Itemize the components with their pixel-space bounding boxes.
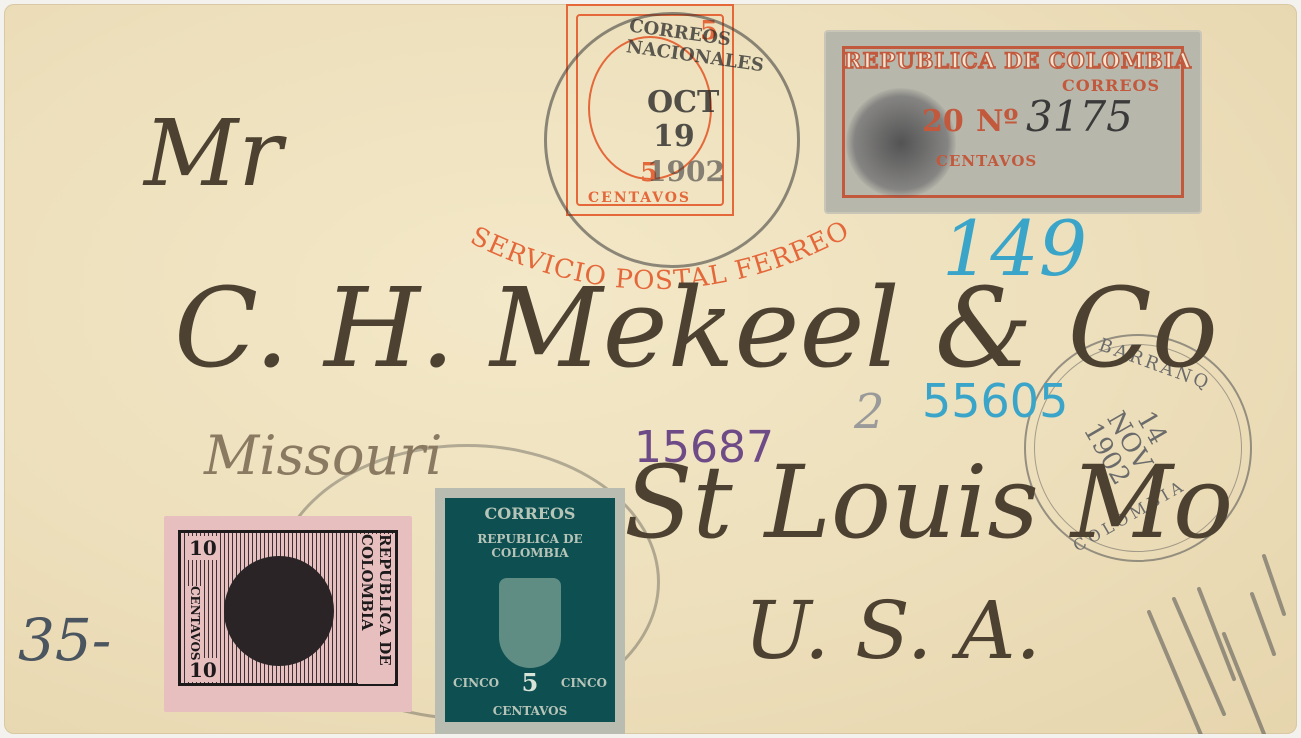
stamp-side-text: REPUBLICA DE COLOMBIA	[358, 534, 394, 684]
address-country: U. S. A.	[744, 584, 1041, 677]
registration-stamp: REPUBLICA DE COLOMBIA CORREOS 20 Nº 3175…	[826, 32, 1200, 212]
stamp-value-top: 10	[186, 536, 220, 560]
stamp-value: 5	[515, 668, 545, 698]
registration-number: 3175	[1026, 92, 1133, 141]
eagle-shield-icon	[499, 578, 561, 668]
purple-stamp-number: 15687	[634, 422, 774, 473]
blue-pencil-number: 149	[942, 204, 1087, 293]
stamp-value-bottom: 10	[186, 658, 220, 682]
postmark-text: CORREOS NACIONALES	[625, 15, 799, 80]
address-salutation: Mr	[144, 100, 282, 207]
stamp-denomination: CENTAVOS	[445, 704, 615, 718]
postmark-year: 1902	[647, 155, 725, 188]
postmark-day: 19	[653, 119, 695, 154]
blue-stamp-number: 55605	[922, 374, 1068, 428]
registration-header: REPUBLICA DE COLOMBIA	[844, 48, 1192, 73]
stamp-5-centavos: CORREOS REPUBLICA DE COLOMBIA CINCO CINC…	[435, 488, 625, 734]
pencil-number: 2	[854, 384, 885, 440]
postmark-month: OCT	[647, 85, 719, 120]
stamp-header: REPUBLICA DE COLOMBIA	[445, 532, 615, 560]
registration-number-label: Nº	[976, 104, 1018, 139]
registration-value: 20	[922, 104, 964, 139]
eagle-arms-icon	[224, 556, 334, 666]
registration-denomination: CENTAVOS	[936, 152, 1037, 170]
stamp-top-text: CORREOS	[445, 504, 615, 523]
stamp-value-words-right: CINCO	[561, 676, 607, 690]
postmark-circular-cancel: CORREOS NACIONALES OCT 19 1902	[544, 12, 800, 268]
corner-note: 35-	[18, 606, 111, 674]
stamp-denomination: CENTAVOS	[188, 586, 202, 661]
address-line-smudged: Missouri	[204, 424, 442, 487]
bar-cancel-lines	[1134, 544, 1297, 734]
stamp-10-centavos: 10 10 REPUBLICA DE COLOMBIA CENTAVOS	[164, 516, 412, 712]
envelope-cover: 5 5 CENTAVOS SERVICIO POSTAL FERREO. COR…	[4, 4, 1297, 734]
